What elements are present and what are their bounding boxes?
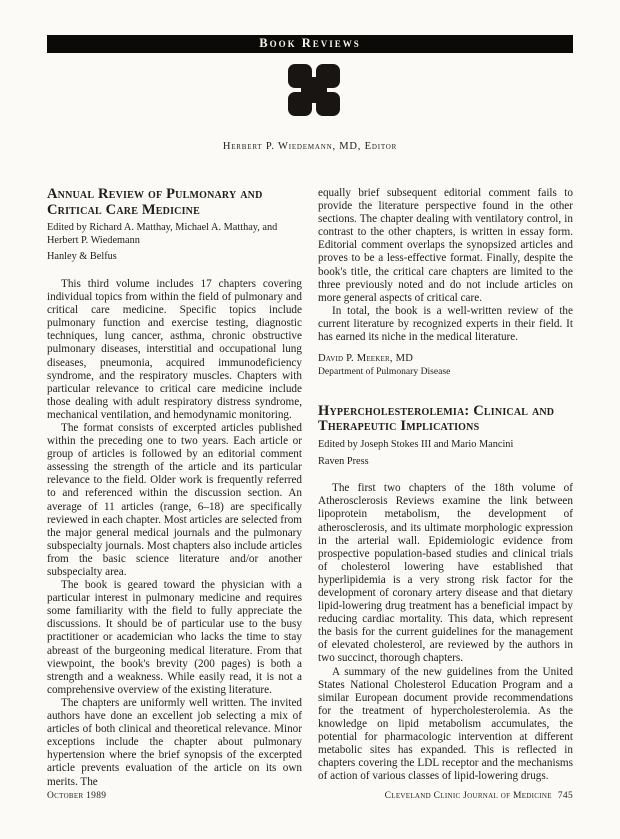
review2-edited-by: Edited by Joseph Stokes III and Mario Ma… [318, 439, 573, 452]
journal-cross-logo-icon [288, 64, 340, 116]
review2-title: Hypercholesterolemia: Clinical and Thera… [318, 404, 573, 435]
footer-issue-date: October 1989 [47, 791, 106, 801]
paragraph: In total, the book is a well-written rev… [318, 305, 573, 344]
reviewer-signature: David P. Meeker, MD Department of Pulmon… [318, 353, 573, 378]
editor-byline: Herbert P. Wiedemann, MD, Editor [0, 141, 620, 152]
review1-edited-by: Edited by Richard A. Matthay, Michael A.… [47, 222, 302, 247]
footer-journal-title: Cleveland Clinic Journal of Medicine [385, 791, 552, 801]
paragraph: The first two chapters of the 18th volum… [318, 482, 573, 665]
review2-section: Hypercholesterolemia: Clinical and Thera… [318, 404, 573, 784]
review1-title: Annual Review of Pulmonary and Critical … [47, 187, 302, 218]
journal-page: Book Reviews Herbert P. Wiedemann, MD, E… [0, 0, 620, 839]
paragraph: A summary of the new guidelines from the… [318, 666, 573, 784]
two-column-body: Annual Review of Pulmonary and Critical … [47, 187, 573, 789]
paragraph: The format consists of excerpted article… [47, 422, 302, 579]
page-footer: October 1989 Cleveland Clinic Journal of… [47, 791, 573, 801]
section-title: Book Reviews [259, 37, 361, 51]
right-column: equally brief subsequent editorial comme… [318, 187, 573, 789]
paragraph: The book is geared toward the physician … [47, 579, 302, 697]
footer-journal-name: Cleveland Clinic Journal of Medicine745 [379, 791, 573, 801]
left-column: Annual Review of Pulmonary and Critical … [47, 187, 302, 789]
paragraph: The chapters are uniformly well written.… [47, 697, 302, 789]
paragraph: equally brief subsequent editorial comme… [318, 187, 573, 305]
paragraph: This third volume includes 17 chapters c… [47, 278, 302, 422]
reviewer-department: Department of Pulmonary Disease [318, 366, 573, 378]
review2-publisher: Raven Press [318, 456, 573, 469]
review1-publisher: Hanley & Belfus [47, 251, 302, 264]
section-header-bar: Book Reviews [47, 35, 573, 53]
reviewer-name: David P. Meeker, MD [318, 353, 573, 366]
footer-page-number: 745 [558, 791, 573, 801]
